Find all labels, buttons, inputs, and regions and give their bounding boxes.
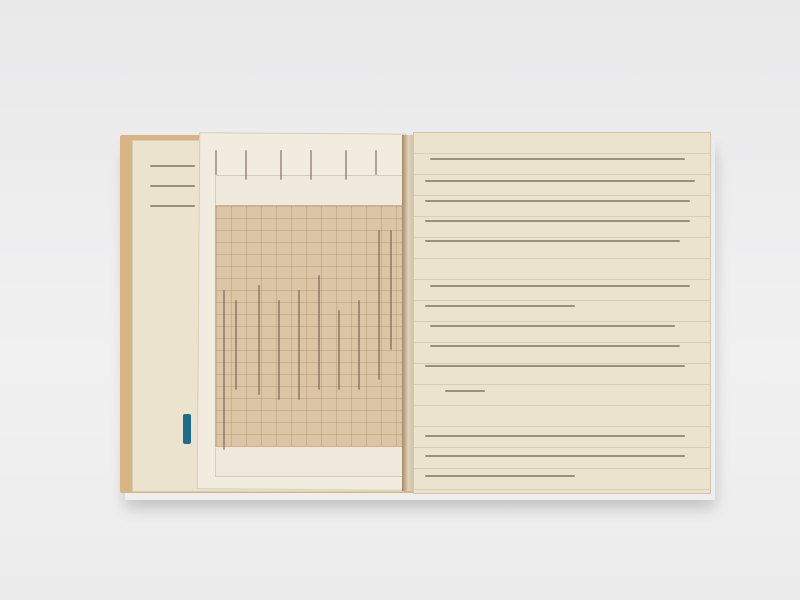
ink-stroke: [425, 475, 575, 477]
ink-stroke: [150, 165, 195, 167]
ink-stroke: [430, 345, 680, 347]
ink-stroke: [425, 220, 690, 222]
ink-stroke: [280, 150, 282, 180]
ink-stroke: [430, 325, 675, 327]
ink-stroke: [425, 455, 685, 457]
ink-stroke: [445, 390, 485, 392]
ink-stroke: [345, 150, 347, 180]
ink-stroke: [358, 300, 360, 390]
ink-stroke: [425, 365, 685, 367]
ink-stroke: [215, 150, 217, 175]
ink-stroke: [390, 230, 392, 350]
ink-stroke: [430, 285, 690, 287]
ink-stroke: [150, 185, 195, 187]
ink-stroke: [430, 158, 685, 160]
ink-stroke: [338, 310, 340, 390]
ink-stroke: [425, 200, 690, 202]
ink-stroke: [223, 290, 225, 450]
ink-stroke: [378, 230, 380, 380]
ink-stroke: [425, 180, 695, 182]
ink-stroke: [258, 285, 260, 395]
ink-stroke: [235, 300, 237, 390]
ink-stroke: [425, 240, 680, 242]
blue-ink-mark: [183, 414, 191, 444]
ink-stroke: [298, 290, 300, 400]
ink-stroke: [150, 205, 195, 207]
right-page: [413, 132, 711, 494]
ink-stroke: [318, 275, 320, 390]
ink-stroke: [278, 300, 280, 400]
ink-stroke: [375, 150, 377, 175]
ink-stroke: [310, 150, 312, 180]
ink-stroke: [425, 435, 685, 437]
ink-stroke: [425, 305, 575, 307]
ink-stroke: [245, 150, 247, 180]
